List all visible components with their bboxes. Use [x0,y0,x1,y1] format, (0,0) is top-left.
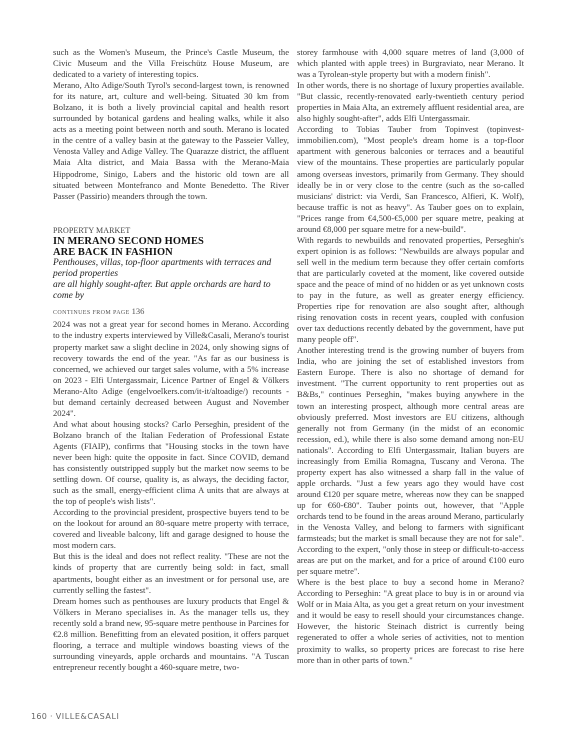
page-number: 160 [31,712,47,721]
body-paragraph: Another interesting trend is the growing… [297,345,524,577]
body-paragraph: But this is the ideal and does not refle… [53,551,289,595]
body-paragraph: 2024 was not a great year for second hom… [53,319,289,418]
magazine-page: such as the Women's Museum, the Prince's… [0,0,580,749]
continues-label: Continues from page [53,310,130,316]
continues-page-number: 136 [132,306,145,316]
body-paragraph: According to the provincial president, p… [53,507,289,551]
section-kicker: Property market [53,226,289,236]
right-column: storey farmhouse with 4,000 square metre… [297,47,524,666]
magazine-brand: VILLE&CASALI [56,712,120,721]
body-paragraph: In other words, there is no shortage of … [297,80,524,124]
body-paragraph: storey farmhouse with 4,000 square metre… [297,47,524,80]
deck-line-2: are all highly sought-after. But apple o… [53,280,289,302]
page-footer: 160 · VILLE&CASALI [31,712,120,721]
headline-line-2: are back in fashion [53,247,289,258]
left-column: such as the Women's Museum, the Prince's… [53,47,289,673]
intro-paragraph: such as the Women's Museum, the Prince's… [53,47,289,80]
body-paragraph: Where is the best place to buy a second … [297,577,524,665]
article-header: Property market In Merano second homes a… [53,226,289,320]
headline-line-1: In Merano second homes [53,236,289,247]
continues-from-page: Continues from page 136 [53,305,289,319]
body-paragraph: According to Tobias Tauber from Topinves… [297,124,524,234]
body-paragraph: And what about housing stocks? Carlo Per… [53,419,289,507]
body-paragraph: With regards to newbuilds and renovated … [297,235,524,345]
deck-line-1: Penthouses, villas, top-floor apartments… [53,258,289,280]
intro-paragraph: Merano, Alto Adige/South Tyrol's second-… [53,80,289,202]
footer-separator: · [50,712,53,721]
body-paragraph: Dream homes such as penthouses are luxur… [53,596,289,673]
